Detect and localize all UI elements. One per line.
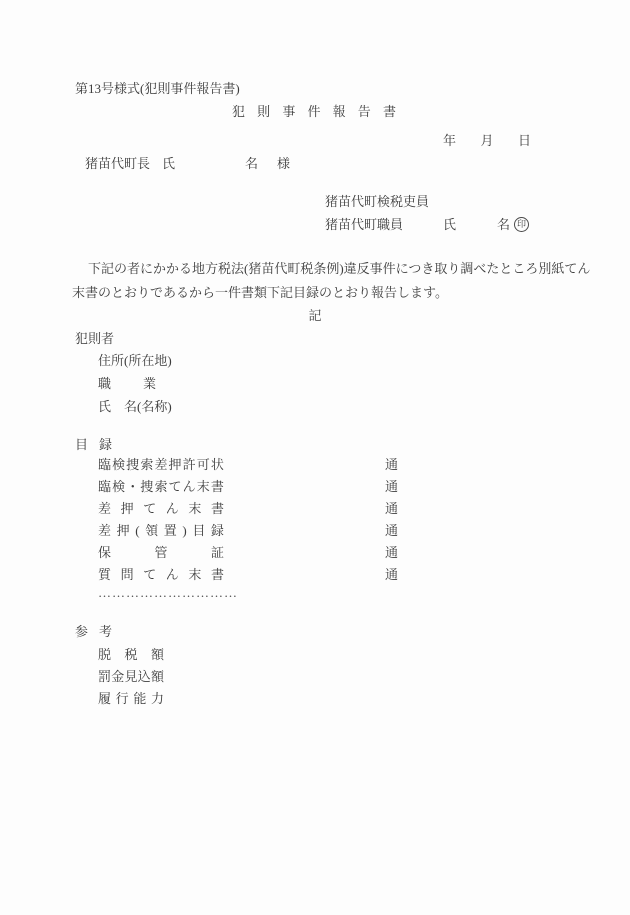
catalog-item-unit: 通 <box>385 502 398 515</box>
body-text-line-1: 下記の者にかかる地方税法(猪苗代町税条例)違反事件につき取り調べたところ別紙てん <box>88 262 590 275</box>
seal-mark-icon: 印 <box>514 217 529 232</box>
date-line: 年月日 <box>443 134 531 147</box>
catalog-item-unit: 通 <box>385 480 398 493</box>
sender-family-name-label: 氏 <box>443 218 456 231</box>
catalog-item-unit: 通 <box>385 524 398 537</box>
ki-marker: 記 <box>0 309 630 322</box>
report-form-page: 第13号様式(犯則事件報告書) 犯則事件報告書 年月日 猪苗代町長 氏 名 様 … <box>0 0 630 915</box>
addressee-family-name-label: 氏 <box>162 157 175 170</box>
addressee-recipient: 猪苗代町長 <box>85 157 150 170</box>
reference-item-label: 罰金見込額 <box>98 670 164 683</box>
catalog-item-unit: 通 <box>385 546 398 559</box>
catalog-item-label: 差押(領置)目録 <box>98 524 224 537</box>
sender-given-name-label: 名 <box>497 218 510 231</box>
addressee-honorific: 様 <box>277 157 290 170</box>
catalog-item-unit: 通 <box>385 458 398 471</box>
document-title: 犯則事件報告書 <box>232 105 396 118</box>
sender-role: 猪苗代町職員 <box>325 218 403 231</box>
addressee-given-name-label: 名 <box>245 157 258 170</box>
catalog-ellipsis: ………………………… <box>98 586 238 599</box>
reference-item-label: 脱税額 <box>98 648 164 661</box>
offender-occupation-label: 職業 <box>98 377 156 390</box>
sender-org: 猪苗代町検税吏員 <box>325 195 429 208</box>
reference-heading: 参考 <box>75 625 112 638</box>
sender-name-line: 猪苗代町職員 氏 名 印 <box>325 217 529 232</box>
body-text-line-2: 末書のとおりであるから一件書類下記目録のとおり報告します。 <box>72 286 448 299</box>
catalog-item-label: 差押てん末書 <box>98 502 224 515</box>
offender-address-label: 住所(所在地) <box>98 354 172 367</box>
catalog-heading: 目録 <box>75 438 112 451</box>
catalog-item-label: 保管証 <box>98 546 224 559</box>
reference-item-label: 履行能力 <box>98 692 164 705</box>
offender-name-label: 氏 名(名称) <box>98 400 172 413</box>
catalog-item-label: 臨検捜索差押許可状 <box>98 458 224 471</box>
offender-heading: 犯則者 <box>75 332 114 345</box>
catalog-item-label: 質問てん末書 <box>98 568 224 581</box>
catalog-item-label: 臨検・捜索てん末書 <box>98 480 224 493</box>
catalog-item-unit: 通 <box>385 568 398 581</box>
addressee-line: 猪苗代町長 氏 名 様 <box>85 157 290 170</box>
form-number: 第13号様式(犯則事件報告書) <box>75 82 240 95</box>
